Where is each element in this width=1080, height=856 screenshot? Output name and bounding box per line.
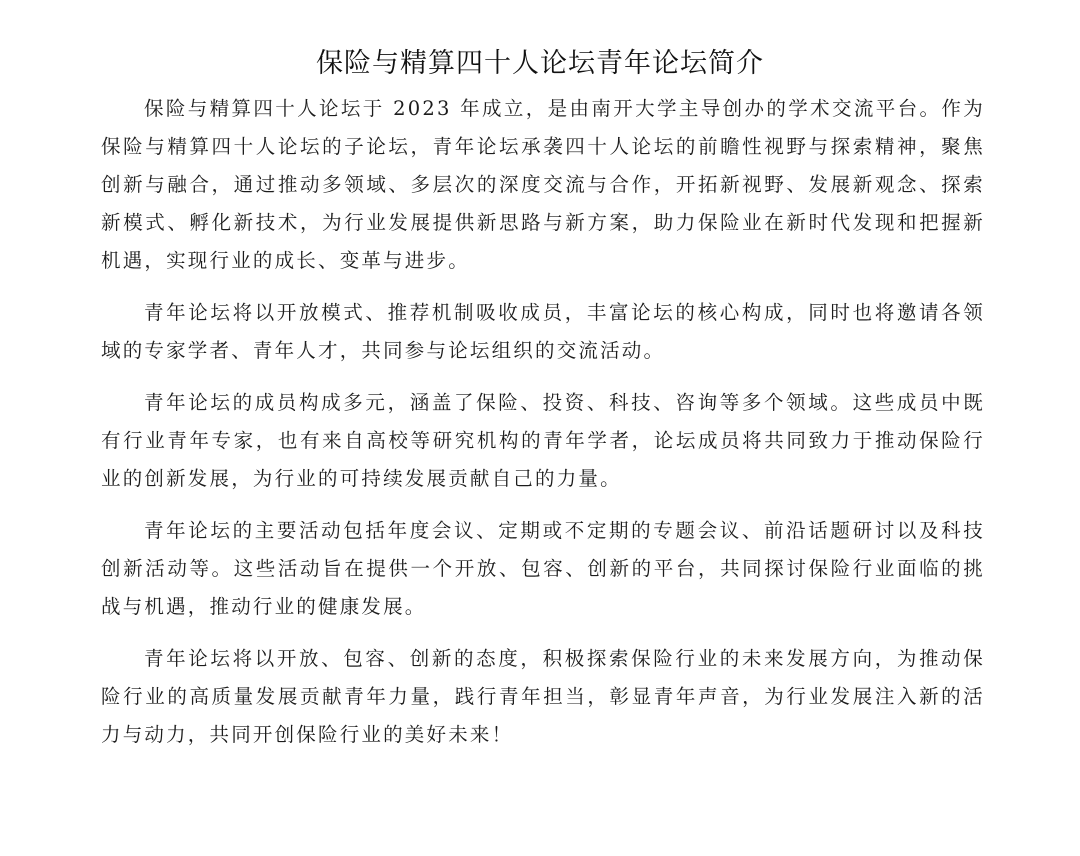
paragraph-membership: 青年论坛将以开放模式、推荐机制吸收成员，丰富论坛的核心构成，同时也将邀请各领域的…: [101, 294, 985, 370]
document-body: 保险与精算四十人论坛于 2023 年成立，是由南开大学主导创办的学术交流平台。作…: [101, 90, 985, 768]
paragraph-vision: 青年论坛将以开放、包容、创新的态度，积极探索保险行业的未来发展方向，为推动保险行…: [101, 640, 985, 754]
paragraph-founding: 保险与精算四十人论坛于 2023 年成立，是由南开大学主导创办的学术交流平台。作…: [101, 90, 985, 280]
paragraph-composition: 青年论坛的成员构成多元，涵盖了保险、投资、科技、咨询等多个领域。这些成员中既有行…: [101, 384, 985, 498]
paragraph-activities: 青年论坛的主要活动包括年度会议、定期或不定期的专题会议、前沿话题研讨以及科技创新…: [101, 512, 985, 626]
document-page: 保险与精算四十人论坛青年论坛简介 保险与精算四十人论坛于 2023 年成立，是由…: [0, 0, 1080, 856]
page-title: 保险与精算四十人论坛青年论坛简介: [0, 44, 1080, 84]
